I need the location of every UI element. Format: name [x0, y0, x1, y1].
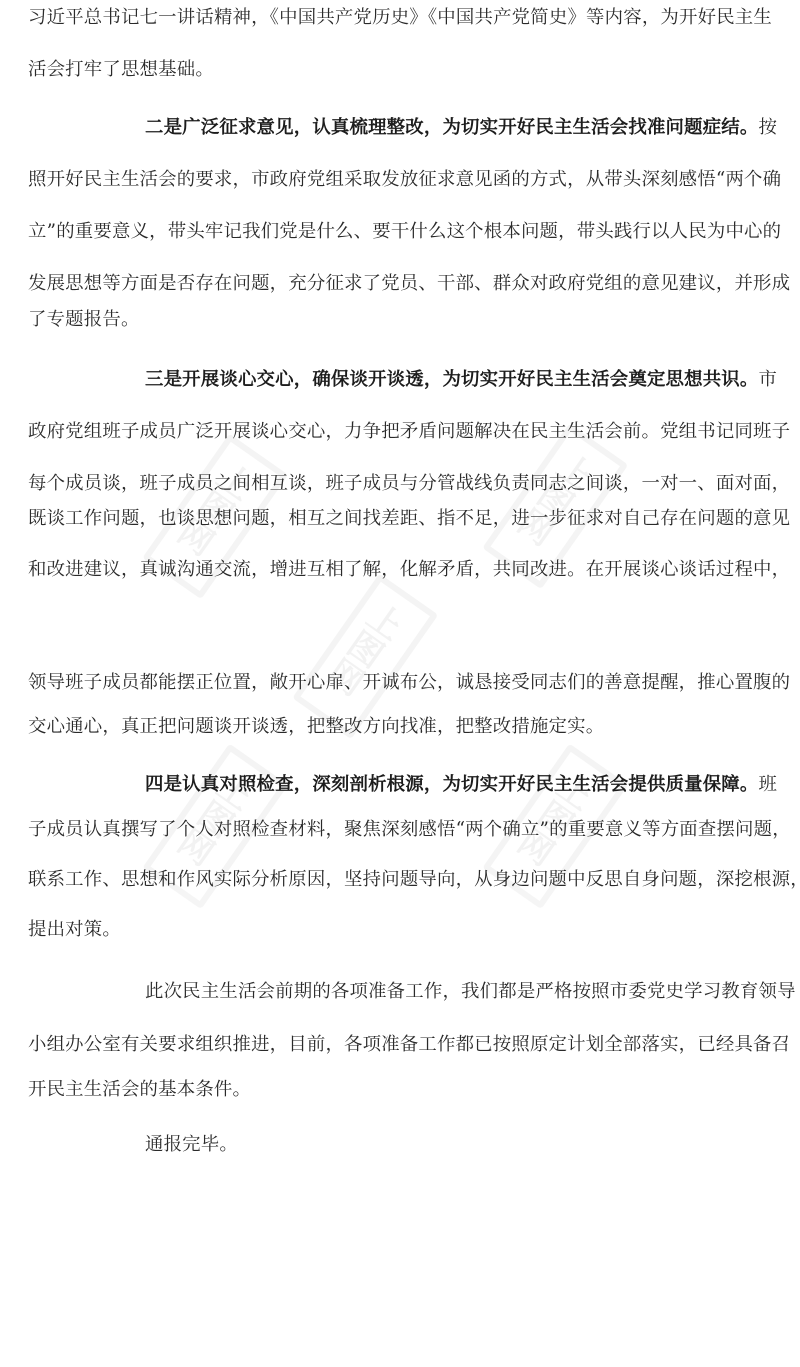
- paragraph-text: 班: [759, 774, 778, 795]
- paragraph-line: 子成员认真撰写了个人对照检查材料，聚焦深刻感悟“两个确立”的重要意义等方面查摆问…: [28, 818, 772, 842]
- closing-line: 通报完毕。: [145, 1133, 772, 1157]
- paragraph-line: 既谈工作问题，也谈思想问题，相互之间找差距、指不足，进一步征求对自己存在问题的意…: [28, 507, 772, 531]
- paragraph-line: 小组办公室有关要求组织推进，目前，各项准备工作都已按照原定计划全部落实，已经具备…: [28, 1033, 772, 1057]
- watermark-logo: 上图网: [293, 573, 436, 736]
- paragraph-text: 市: [759, 369, 778, 390]
- paragraph-line: 开民主生活会的基本条件。: [28, 1078, 772, 1102]
- paragraph-line: 每个成员谈，班子成员之间相互谈，班子成员与分管战线负责同志之间谈，一对一、面对面…: [28, 472, 772, 496]
- paragraph-text: 按: [759, 117, 778, 138]
- paragraph-line: 照开好民主生活会的要求，市政府党组采取发放征求意见函的方式，从带头深刻感悟“两个…: [28, 168, 772, 192]
- paragraph-line: 联系工作、思想和作风实际分析原因，坚持问题导向，从身边问题中反思自身问题，深挖根…: [28, 868, 772, 892]
- paragraph-line: 立”的重要意义，带头牢记我们党是什么、要干什么这个根本问题，带头践行以人民为中心…: [28, 220, 772, 244]
- paragraph-line: 活会打牢了思想基础。: [28, 58, 772, 82]
- paragraph-heading-line: 二是广泛征求意见，认真梳理整改，为切实开好民主生活会找准问题症结。按: [145, 116, 772, 140]
- paragraph-line: 此次民主生活会前期的各项准备工作，我们都是严格按照市委党史学习教育领导: [145, 980, 772, 1004]
- paragraph-line: 政府党组班子成员广泛开展谈心交心，力争把矛盾问题解决在民主生活会前。党组书记同班…: [28, 420, 772, 444]
- paragraph-line: 习近平总书记七一讲话精神，《中国共产党历史》《中国共产党简史》等内容，为开好民主…: [28, 6, 772, 30]
- section-heading: 三是开展谈心交心，确保谈开谈透，为切实开好民主生活会奠定思想共识。: [145, 369, 759, 390]
- paragraph-line: 发展思想等方面是否存在问题，充分征求了党员、干部、群众对政府党组的意见建议，并形…: [28, 272, 772, 296]
- document-page: 上图网 上图网 上图网 上图网 上图网 习近平总书记七一讲话精神，《中国共产党历…: [0, 0, 800, 1367]
- paragraph-line: 了专题报告。: [28, 308, 772, 332]
- paragraph-heading-line: 四是认真对照检查，深刻剖析根源，为切实开好民主生活会提供质量保障。班: [145, 773, 772, 797]
- paragraph-line: 提出对策。: [28, 918, 772, 942]
- paragraph-heading-line: 三是开展谈心交心，确保谈开谈透，为切实开好民主生活会奠定思想共识。市: [145, 368, 772, 392]
- paragraph-line: 和改进建议，真诚沟通交流，增进互相了解，化解矛盾，共同改进。在开展谈心谈话过程中…: [28, 558, 772, 582]
- paragraph-line: 领导班子成员都能摆正位置，敞开心扉、开诚布公，诚恳接受同志们的善意提醒，推心置腹…: [28, 671, 772, 695]
- section-heading: 四是认真对照检查，深刻剖析根源，为切实开好民主生活会提供质量保障。: [145, 774, 759, 795]
- paragraph-line: 交心通心，真正把问题谈开谈透，把整改方向找准，把整改措施定实。: [28, 715, 772, 739]
- section-heading: 二是广泛征求意见，认真梳理整改，为切实开好民主生活会找准问题症结。: [145, 117, 759, 138]
